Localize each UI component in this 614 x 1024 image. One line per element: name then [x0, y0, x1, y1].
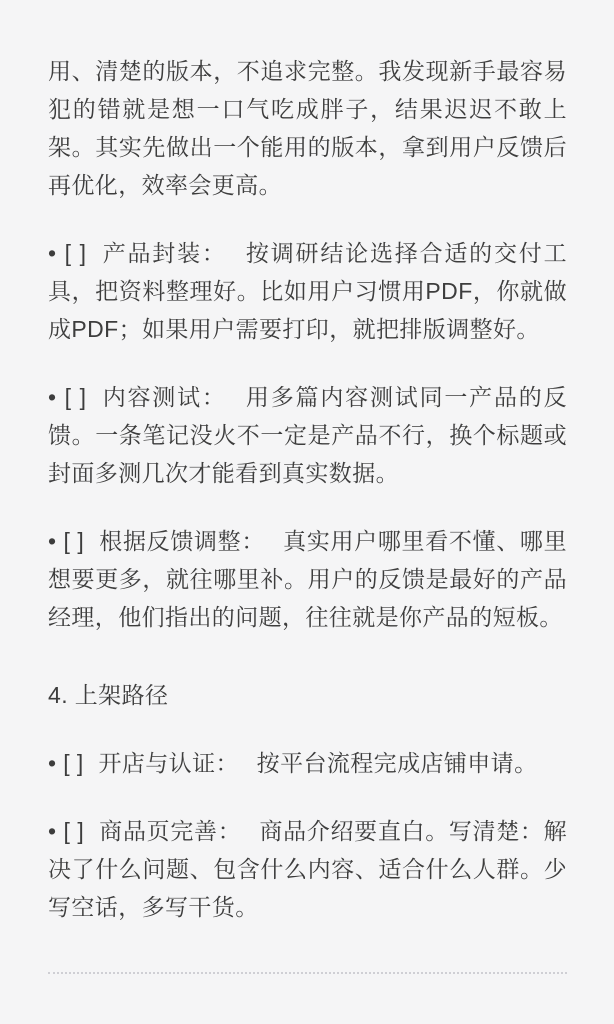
checkbox-bullet: • [ ]	[48, 528, 84, 554]
checklist-item-product-page: • [ ] 商品页完善： 商品介绍要直白。写清楚：解决了什么问题、包含什么内容、…	[48, 812, 567, 926]
dotted-divider	[48, 972, 567, 974]
section-heading: 4. 上架路径	[48, 676, 567, 714]
intro-paragraph: 用、清楚的版本，不追求完整。我发现新手最容易犯的错就是想一口气吃成胖子，结果迟迟…	[48, 52, 567, 204]
intro-paragraph-text: 用、清楚的版本，不追求完整。我发现新手最容易犯的错就是想一口气吃成胖子，结果迟迟…	[48, 58, 567, 198]
checklist-item-feedback-adjust: • [ ] 根据反馈调整： 真实用户哪里看不懂、哪里想要更多，就往哪里补。用户的…	[48, 522, 567, 636]
checklist-item-label: 商品页完善：	[99, 818, 241, 844]
checklist-item-shop-certification: • [ ] 开店与认证： 按平台流程完成店铺申请。	[48, 744, 567, 782]
checkbox-bullet: • [ ]	[48, 384, 86, 410]
section-heading-text: 4. 上架路径	[48, 682, 168, 708]
article-content: 用、清楚的版本，不追求完整。我发现新手最容易犯的错就是想一口气吃成胖子，结果迟迟…	[0, 0, 614, 1024]
checklist-item-content-testing: • [ ] 内容测试： 用多篇内容测试同一产品的反馈。一条笔记没火不一定是产品不…	[48, 378, 567, 492]
checkbox-bullet: • [ ]	[48, 818, 84, 844]
checklist-item-label: 开店与认证：	[98, 750, 238, 776]
checkbox-bullet: • [ ]	[48, 750, 84, 776]
checkbox-bullet: • [ ]	[48, 240, 86, 266]
page: { "theme": { "background": "#f5f5f6", "t…	[0, 0, 614, 1024]
checklist-item-text: 按平台流程完成店铺申请。	[257, 750, 538, 776]
checklist-item-label: 产品封装：	[103, 240, 227, 266]
checklist-item-label: 内容测试：	[103, 384, 227, 410]
checklist-item-product-packaging: • [ ] 产品封装： 按调研结论选择合适的交付工具，把资料整理好。比如用户习惯…	[48, 234, 567, 348]
checklist-item-label: 根据反馈调整：	[99, 528, 265, 554]
